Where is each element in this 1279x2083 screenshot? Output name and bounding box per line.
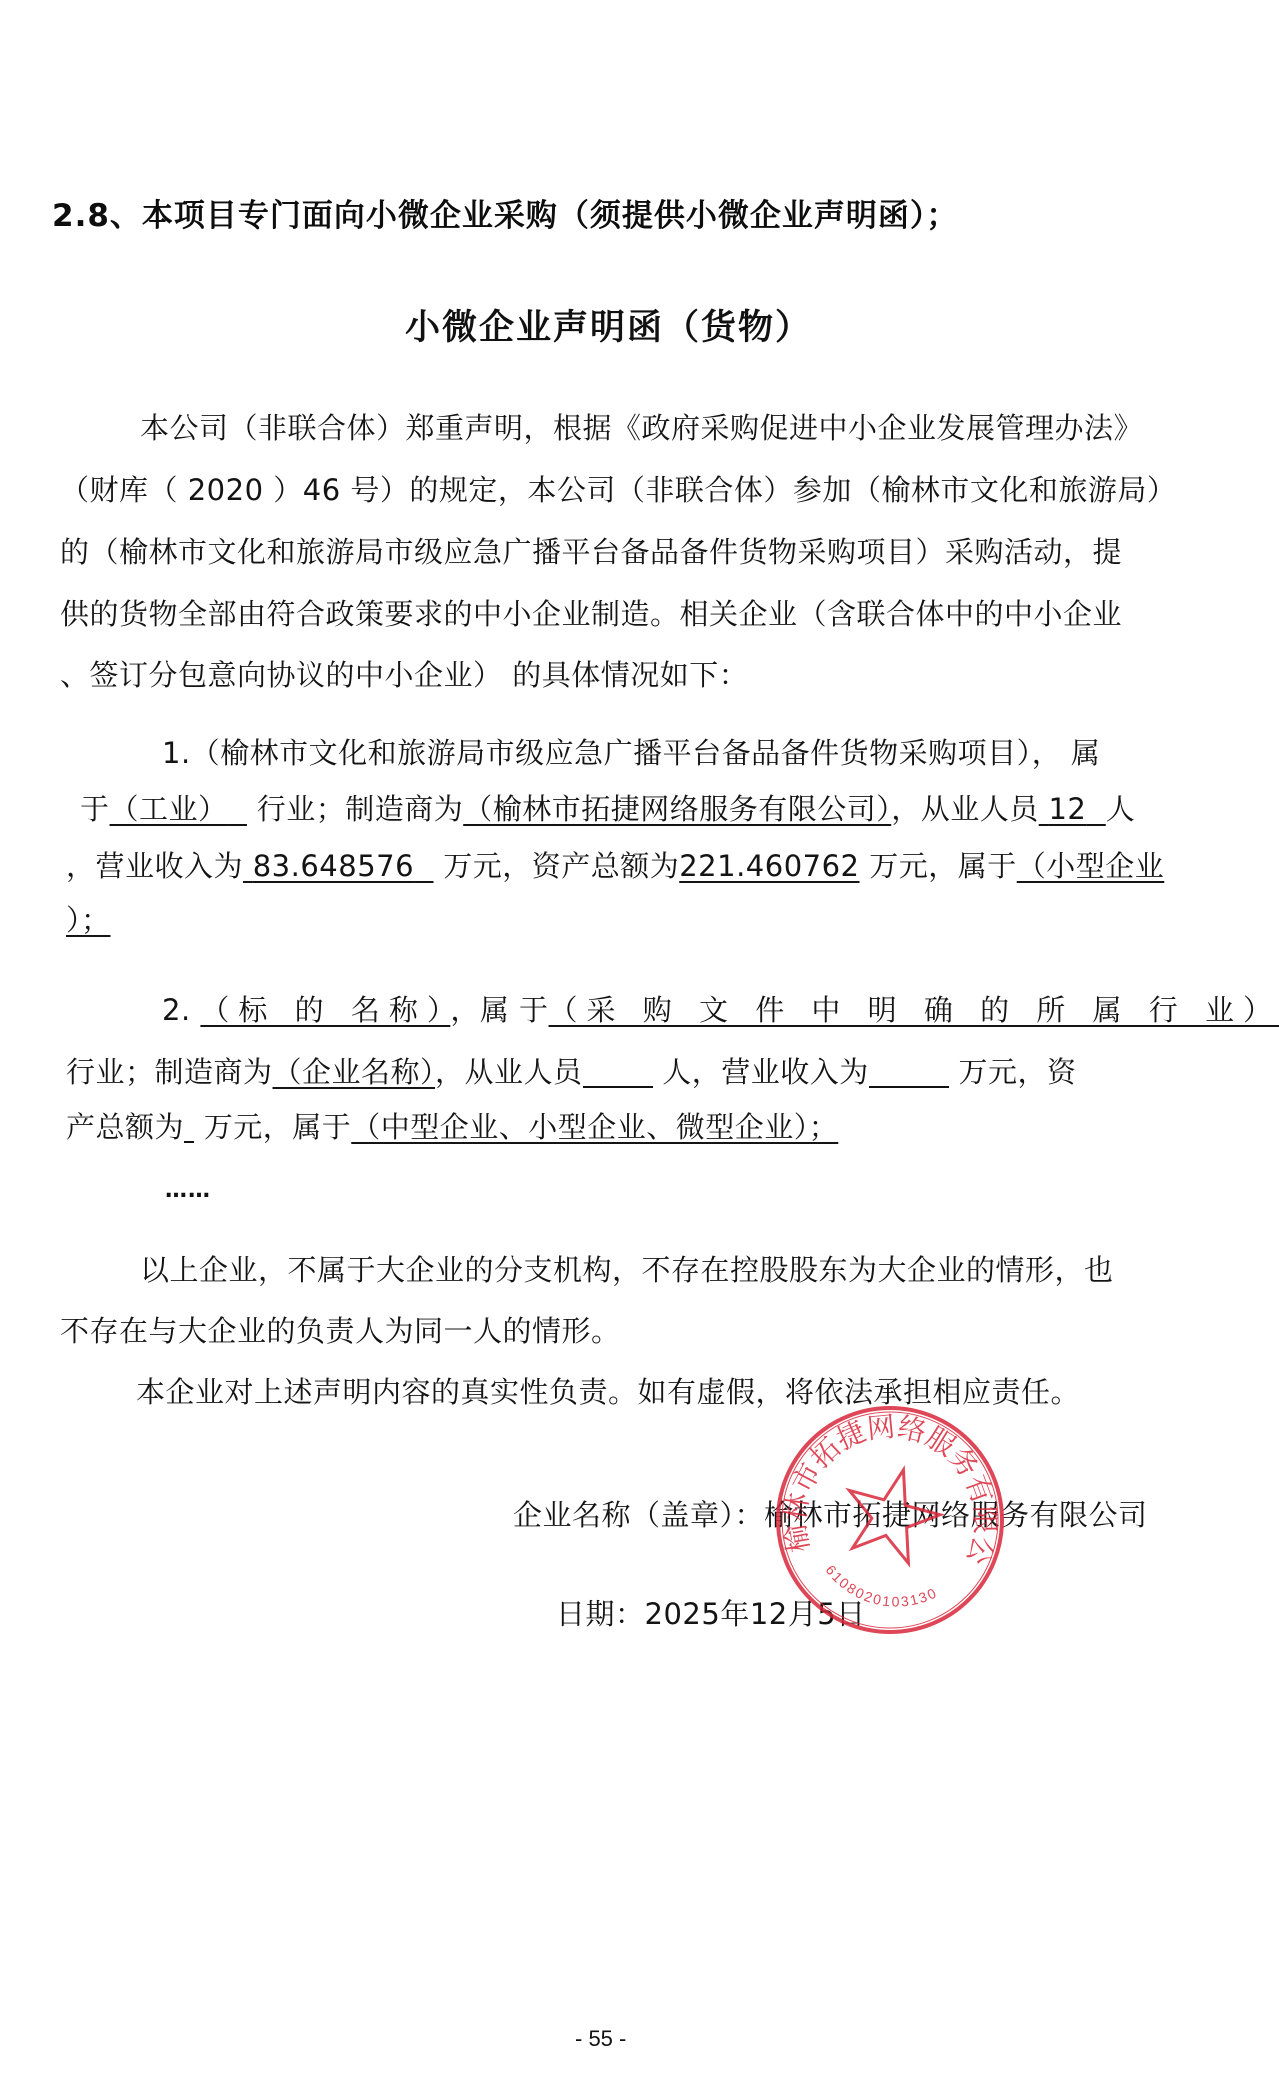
item1-revenue-suffix: 万元，资产总额为 [443,849,679,883]
signature-company: 榆林市拓捷网络服务有限公司 [764,1498,1148,1532]
item2-employees-blank [583,1058,653,1088]
item2-assets-suffix: 万元，属于 [204,1110,352,1144]
svg-text:榆林市拓捷网络服务有限公司: 榆林市拓捷网络服务有限公司 [770,1400,1001,1569]
item1-assets-suffix: 万元，属于 [869,849,1017,883]
item2-line-3: 产总额为 万元，属于（中型企业、小型企业、微型企业）； [66,1107,838,1147]
item1-employees-suffix: 人 [1106,792,1136,826]
section-heading: 2.8、本项目专门面向小微企业采购（须提供小微企业声明函）； [52,190,958,235]
item1-revenue: 83.648576 [253,849,414,883]
ellipsis: …… [165,1178,211,1203]
closing-line-1: 以上企业，不属于大企业的分支机构，不存在控股股东为大企业的情形，也 [140,1250,1114,1290]
item1-manufacturer: （榆林市拓捷网络服务有限公司） [463,792,891,826]
item2-industry: （采 购 文 件 中 明 确 的 所 属 行 业） [549,993,1279,1027]
signature-label: 企业名称（盖章）： [513,1498,764,1532]
closing-line-2: 不存在与大企业的负责人为同一人的情形。 [60,1311,621,1351]
item1-employees-prefix: ，从业人员 [891,792,1039,826]
item1-line-4: ）； [66,900,111,940]
intro-line-3: 的（榆林市文化和旅游局市级应急广播平台备品备件货物采购项目）采购活动，提 [60,532,1122,572]
item1-revenue-prefix: ，营业收入为 [66,849,243,883]
item2-revenue-suffix: 万元，资 [959,1055,1077,1089]
intro-line-2: （财库（ 2020 ）46 号）的规定，本公司（非联合体）参加（榆林市文化和旅游… [60,470,1176,510]
page-number: - 55 - [575,2026,626,2052]
item1-after-project: ， 属 [1032,736,1101,770]
item2-line2-prefix: 行业；制造商为 [66,1055,273,1089]
item2-line3-prefix: 产总额为 [66,1110,184,1144]
item1-belongs-prefix: 于 [80,792,110,826]
item1-industry-suffix: 行业；制造商为 [257,792,464,826]
closing-line-3: 本企业对上述声明内容的真实性负责。如有虚假，将依法承担相应责任。 [136,1372,1080,1412]
item2-revenue-blank [869,1058,949,1088]
item2-subject: （标 的 名称） [200,993,450,1027]
item1-line-2: 于（工业） 行业；制造商为（榆林市拓捷网络服务有限公司），从业人员 12 人 [80,789,1135,829]
item1-line-1: 1.（榆林市文化和旅游局市级应急广播平台备品备件货物采购项目）， 属 [162,733,1100,773]
intro-line-5: 、签订分包意向协议的中小企业） 的具体情况如下： [60,655,748,695]
item1-line-3: ，营业收入为 83.648576 万元，资产总额为221.460762 万元，属… [66,846,1164,886]
item1-size-end: ）； [66,903,111,937]
item1-number: 1. [162,736,191,770]
item2-employees-prefix: ，从业人员 [435,1055,583,1089]
document-page: 2.8、本项目专门面向小微企业采购（须提供小微企业声明函）； 小微企业声明函（货… [0,0,1279,2083]
date-value: 2025年12月5日 [645,1597,866,1631]
document-title: 小微企业声明函（货物） [405,300,812,350]
date-label: 日期： [556,1597,645,1631]
item2-size: （中型企业、小型企业、微型企业）； [351,1110,838,1144]
intro-line-1: 本公司（非联合体）郑重声明，根据《政府采购促进中小企业发展管理办法》 [140,408,1143,448]
item2-line-2: 行业；制造商为（企业名称），从业人员 人，营业收入为 万元，资 [66,1052,1077,1092]
item2-line-1: 2. （标 的 名称），属 于（采 购 文 件 中 明 确 的 所 属 行 业） [162,990,1279,1030]
intro-line-4: 供的货物全部由符合政策要求的中小企业制造。相关企业（含联合体中的中小企业 [60,594,1122,634]
item1-assets: 221.460762 [679,849,859,883]
item2-belongs: ，属 于 [450,993,548,1027]
signature-line: 企业名称（盖章）：榆林市拓捷网络服务有限公司 [513,1495,1148,1535]
item1-size: （小型企业 [1017,849,1165,883]
item2-manufacturer: （企业名称） [273,1055,436,1089]
item1-project: （榆林市文化和旅游局市级应急广播平台备品备件货物采购项目） [191,736,1032,770]
item2-assets-blank [184,1113,194,1143]
item1-employees: 12 [1048,792,1086,826]
date-line: 日期：2025年12月5日 [556,1594,866,1634]
item1-industry: （工业） [110,792,228,826]
item2-number: 2. [162,993,191,1027]
item2-employees-suffix: 人，营业收入为 [662,1055,869,1089]
